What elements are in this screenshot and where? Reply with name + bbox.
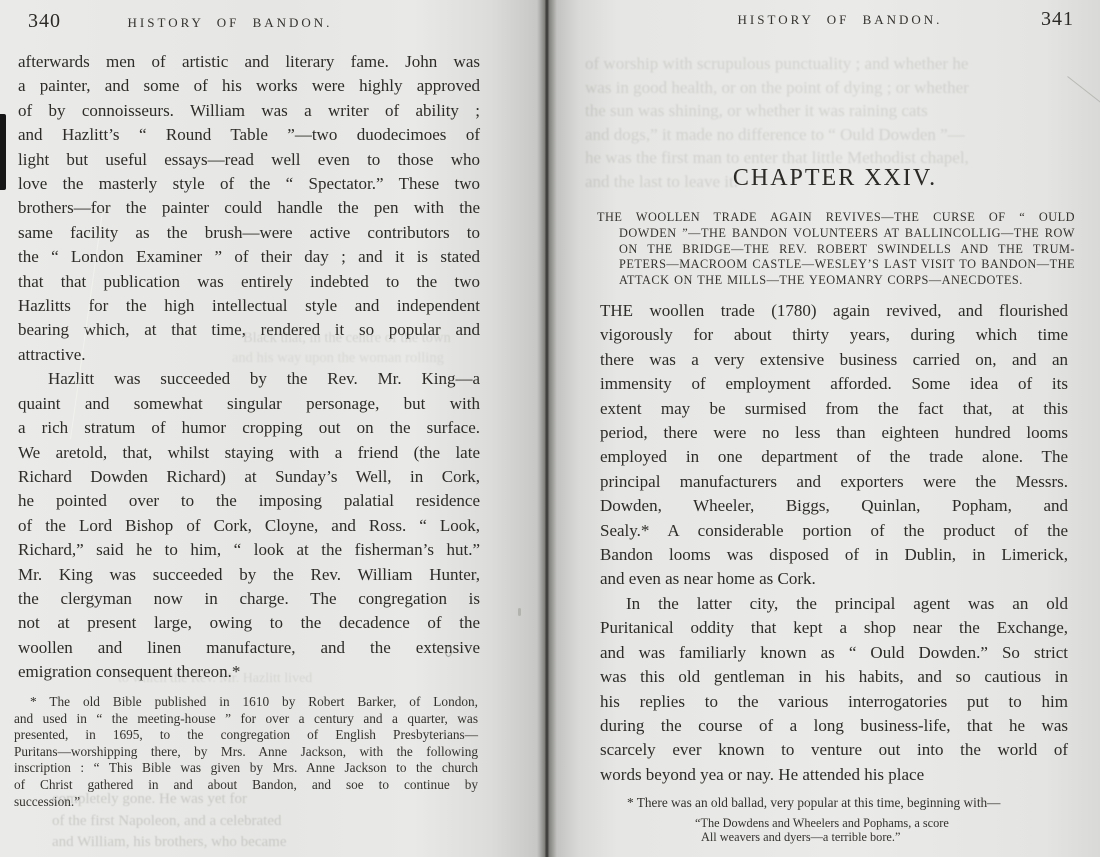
- chapter-heading: CHAPTER XXIV.: [600, 165, 1070, 192]
- left-page-number: 340: [28, 10, 61, 33]
- paragraph: In the latter city, the principal agent …: [600, 592, 1068, 787]
- right-page-number: 341: [1041, 8, 1074, 31]
- paper-speck: [445, 646, 452, 657]
- left-body-text: afterwards men of artistic and literary …: [18, 50, 480, 685]
- footnote-verse: “The Dowdens and Wheelers and Pophams, a…: [695, 817, 949, 845]
- right-body-text: THE woollen trade (1780) again revived, …: [600, 299, 1068, 787]
- paper-speck: [518, 608, 521, 616]
- right-running-head: HISTORY OF BANDON.: [735, 12, 945, 28]
- book-spread: 340 HISTORY OF BANDON. Black that, in th…: [0, 0, 1100, 857]
- left-running-head: HISTORY OF BANDON.: [120, 15, 340, 31]
- book-spine-gutter: [537, 0, 557, 857]
- bleedthrough-paragraph: completely gone. He was yet forof the fi…: [52, 789, 494, 854]
- paragraph: Hazlitt was succeeded by the Rev. Mr. Ki…: [18, 367, 480, 684]
- paragraph: THE woollen trade (1780) again revived, …: [600, 299, 1068, 592]
- left-page: 340 HISTORY OF BANDON. Black that, in th…: [0, 0, 545, 857]
- right-page: 341 HISTORY OF BANDON. of worship with s…: [545, 0, 1100, 857]
- chapter-summary: THE WOOLLEN TRADE AGAIN REVIVES—THE CURS…: [597, 210, 1075, 289]
- scan-edge-mark: [0, 114, 6, 190]
- right-footnote: * There was an old ballad, very popular …: [627, 795, 1000, 811]
